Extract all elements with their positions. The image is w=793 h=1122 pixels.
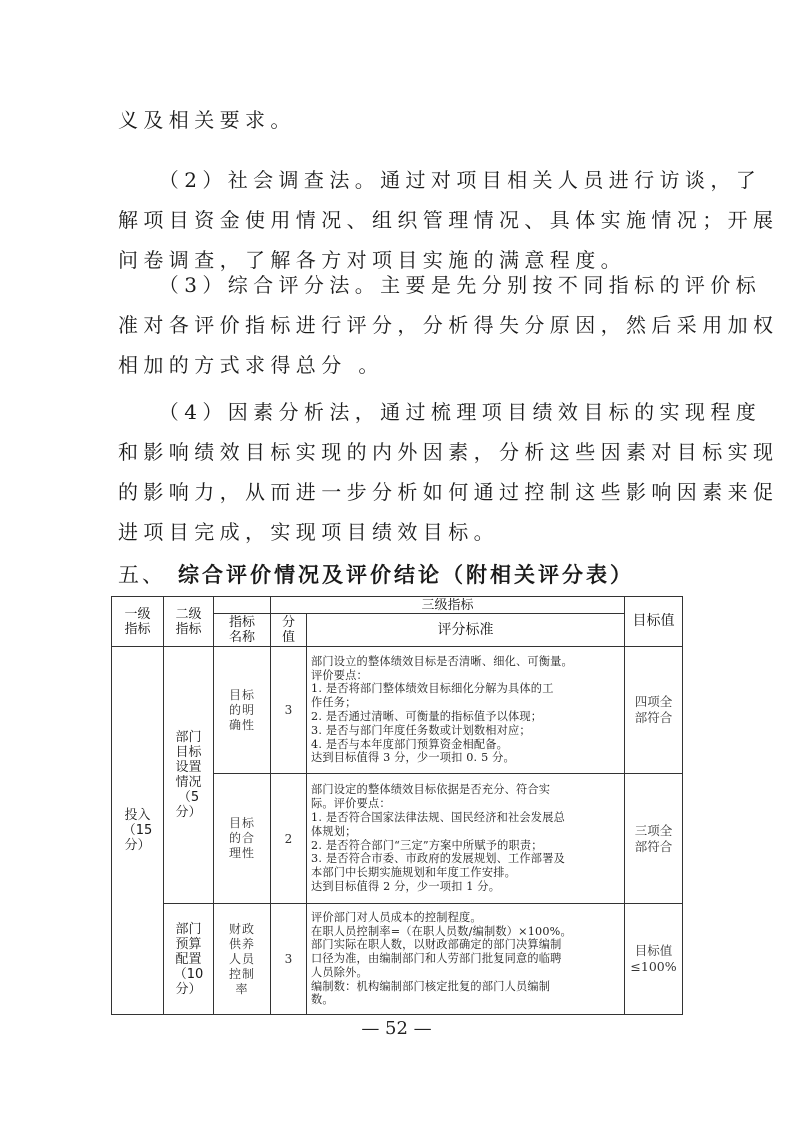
- text-line: 解项目资金使用情况、组织管理情况、具体实施情况；开展: [118, 200, 678, 240]
- scoring-table: 一级指标 二级指标 三级指标 目标值 指标名称 分值 评分标准 投入（15分） …: [111, 596, 683, 1015]
- paragraph-continuation: 义及相关要求。: [118, 100, 678, 140]
- section-heading: 五、综合评价情况及评价结论（附相关评分表）: [118, 558, 634, 592]
- table-row: 投入（15分） 部门目标设置情况（5分） 目标的明确性 3 部门设立的整体绩效目…: [112, 647, 683, 774]
- text-line: 的影响力，从而进一步分析如何通过控制这些影响因素来促: [118, 472, 678, 512]
- text-line: 进项目完成，实现项目绩效目标。: [118, 512, 678, 552]
- header-scoring-criteria: 评分标准: [307, 614, 625, 647]
- header-indicator-name: 指标名称: [214, 614, 271, 647]
- paragraph-factor-analysis-method: （4）因素分析法，通过梳理项目绩效目标的实现程度 和影响绩效目标实现的内外因素，…: [118, 392, 678, 552]
- level1-cell-input: 投入（15分）: [112, 647, 164, 1015]
- section-number: 五、: [118, 563, 166, 587]
- score-cell: 2: [271, 774, 307, 904]
- text-line: （4）因素分析法，通过梳理项目绩效目标的实现程度: [118, 392, 678, 432]
- criteria-cell: 部门设定的整体绩效目标依据是否充分、符合实 际。评价要点： 1. 是否符合国家法…: [307, 774, 625, 904]
- header-level1-indicator: 一级指标: [112, 597, 164, 647]
- score-cell: 3: [271, 647, 307, 774]
- indicator-name-cell: 目标的明确性: [214, 647, 271, 774]
- level2-cell-budget-allocation: 部门预算配置（10分）: [164, 904, 214, 1015]
- criteria-cell: 评价部门对人员成本的控制程度。 在职人员控制率=（在职人员数/编制数）×100%…: [307, 904, 625, 1015]
- text-line: 相加的方式求得总分 。: [118, 345, 678, 385]
- header-level3-group: 三级指标: [271, 597, 625, 614]
- section-title: 综合评价情况及评价结论（附相关评分表）: [178, 563, 634, 587]
- text-line: 义及相关要求。: [118, 100, 678, 140]
- target-value-cell: 四项全部符合: [625, 647, 683, 774]
- header-blank-cell: [214, 597, 271, 614]
- indicator-name-cell: 财政供养人员控制率: [214, 904, 271, 1015]
- criteria-cell: 部门设立的整体绩效目标是否清晰、细化、可衡量。 评价要点： 1. 是否将部门整体…: [307, 647, 625, 774]
- target-value-cell: 目标值≤100%: [625, 904, 683, 1015]
- text-line: （3）综合评分法。主要是先分别按不同指标的评价标: [118, 265, 678, 305]
- header-score: 分值: [271, 614, 307, 647]
- level2-cell-target-setting: 部门目标设置情况（5分）: [164, 647, 214, 904]
- indicator-name-cell: 目标的合理性: [214, 774, 271, 904]
- paragraph-social-survey-method: （2）社会调查法。通过对项目相关人员进行访谈，了 解项目资金使用情况、组织管理情…: [118, 160, 678, 280]
- paragraph-comprehensive-scoring-method: （3）综合评分法。主要是先分别按不同指标的评价标 准对各评价指标进行评分，分析得…: [118, 265, 678, 385]
- text-line: （2）社会调查法。通过对项目相关人员进行访谈，了: [118, 160, 678, 200]
- text-line: 准对各评价指标进行评分，分析得失分原因，然后采用加权: [118, 305, 678, 345]
- page-number: — 52 —: [0, 1018, 793, 1039]
- header-target-value: 目标值: [625, 597, 683, 647]
- text-line: 和影响绩效目标实现的内外因素，分析这些因素对目标实现: [118, 432, 678, 472]
- target-value-cell: 三项全部符合: [625, 774, 683, 904]
- score-cell: 3: [271, 904, 307, 1015]
- table-row: 部门预算配置（10分） 财政供养人员控制率 3 评价部门对人员成本的控制程度。 …: [112, 904, 683, 1015]
- header-level2-indicator: 二级指标: [164, 597, 214, 647]
